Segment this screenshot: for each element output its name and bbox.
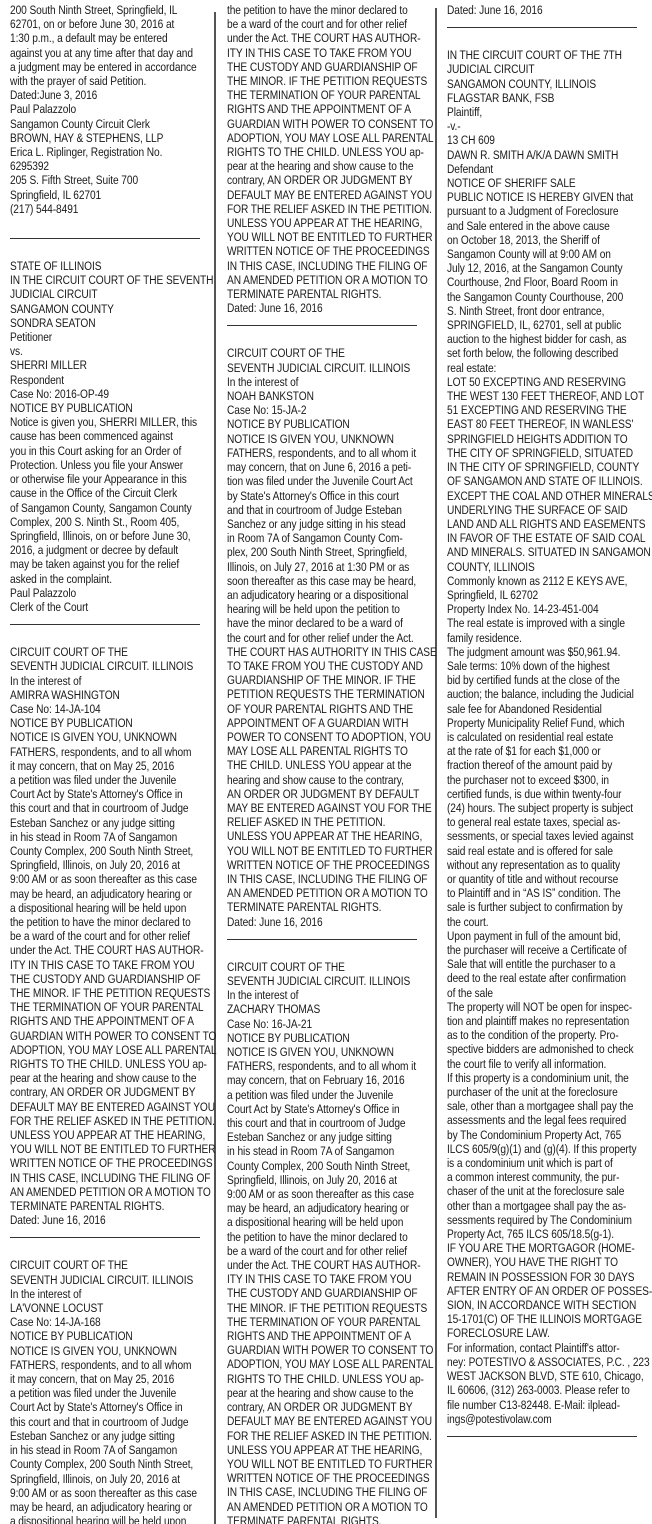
- notice-text-line: 13 CH 609: [447, 133, 648, 147]
- notice-text-line: GUARDIAN WITH POWER TO CONSENT TO: [227, 1343, 428, 1357]
- notice-text-line: SANGAMON COUNTY: [10, 302, 211, 316]
- notice-text-line: In the interest of: [10, 1287, 211, 1301]
- notice-text-line: may be heard, an adjudicatory hearing or: [10, 1500, 211, 1514]
- notice-text-line: the petition to have the minor declared …: [227, 1230, 428, 1244]
- notice-text-line: tion was filed under the Juvenile Court …: [227, 474, 428, 488]
- notice-text-line: Dated:June 3, 2016: [10, 88, 211, 102]
- notice-text-line: by State's Attorney's Office in this cou…: [227, 489, 428, 503]
- notice-text-line: NOTICE BY PUBLICATION: [227, 1031, 428, 1045]
- notice-text-line: PUBLIC NOTICE IS HEREBY GIVEN that: [447, 190, 648, 204]
- notice-text-line: soon thereafter as this case may be hear…: [227, 574, 428, 588]
- notice-text-line: LAND AND ALL RIGHTS AND EASEMENTS: [447, 517, 648, 531]
- notice-text-line: Illinois, on July 27, 2016 at 1:30 PM or…: [227, 560, 428, 574]
- notice-text-line: AN ORDER OR JUDGMENT BY DEFAULT: [227, 787, 428, 801]
- notice-text-line: Springfield, Illinois, on or before June…: [10, 529, 211, 543]
- notice-text-line: asked in the complaint.: [10, 572, 211, 586]
- notice-text-line: Case No: 14-JA-168: [10, 1315, 211, 1329]
- notice-text-line: may be taken against you for the relief: [10, 557, 211, 571]
- notice-text-line: ITY IN THIS CASE TO TAKE FROM YOU: [10, 958, 211, 972]
- notice-text-line: 6295392: [10, 159, 211, 173]
- notice-text-line: YOU WILL NOT BE ENTITLED TO FURTHER: [227, 844, 428, 858]
- notice-text-line: Springfield, Illinois, on July 20, 2016 …: [10, 1472, 211, 1486]
- notice-text-line: you in this Court asking for an Order of: [10, 444, 211, 458]
- notice-text-line: Esteban Sanchez or any judge sitting: [10, 1429, 211, 1443]
- notice-text-line: NOTICE IS GIVEN YOU, UNKNOWN: [227, 432, 428, 446]
- notice-text-line: S. Ninth Street, front door entrance,: [447, 304, 648, 318]
- notice-text-line: SEVENTH JUDICIAL CIRCUIT. ILLINOIS: [227, 974, 428, 988]
- notice-text-line: 15-1701(C) OF THE ILLINOIS MORTGAGE: [447, 1312, 648, 1326]
- notice-text-line: is calculated on residential real estate: [447, 730, 648, 744]
- notice-text-line: 9:00 AM or as soon thereafter as this ca…: [227, 1187, 428, 1201]
- notice-text-line: in his stead in Room 7A of Sangamon: [10, 830, 211, 844]
- notice-text-line: Complex, 200 S. Ninth St., Room 405,: [10, 515, 211, 529]
- notice-text-line: FATHERS, respondents, and to all whom it: [227, 1059, 428, 1073]
- notice-text-line: and Sale entered in the above cause: [447, 219, 648, 233]
- notice-separator: [10, 624, 200, 625]
- notice-text-line: set forth below, the following described: [447, 346, 648, 360]
- notice-text-line: plex, 200 South Ninth Street, Springfiel…: [227, 545, 428, 559]
- notice-text-line: Property Municipality Relief Fund, which: [447, 716, 648, 730]
- notice-text-line: it may concern, that on May 25, 2016: [10, 759, 211, 773]
- notice-text-line: contrary, AN ORDER OR JUDGMENT BY: [10, 1085, 211, 1099]
- notice-text-line: Sangamon County Circuit Clerk: [10, 117, 211, 131]
- notice-text-line: ADOPTION, YOU MAY LOSE ALL PARENTAL: [227, 131, 428, 145]
- notice-text-line: Erica L. Riplinger, Registration No.: [10, 145, 211, 159]
- notice-text-line: the petition to have the minor declared …: [10, 915, 211, 929]
- notice-text-line: REMAIN IN POSSESSION FOR 30 DAYS: [447, 1270, 648, 1284]
- notice-text-line: JUDICIAL CIRCUIT: [10, 287, 211, 301]
- notice-text-line: THE TERMINATION OF YOUR PARENTAL: [227, 88, 428, 102]
- notice-text-line: Court Act by State's Attorney's Office i…: [10, 1400, 211, 1414]
- notice-text-line: THE CITY OF SPRINGFIELD, SITUATED: [447, 446, 648, 460]
- notice-text-line: SPRINGFIELD HEIGHTS ADDITION TO: [447, 432, 648, 446]
- notice-text-line: (217) 544-8491: [10, 202, 211, 216]
- notice-text-line: in his stead in Room 7A of Sangamon: [227, 1144, 428, 1158]
- notice-text-line: an adjudicatory hearing or a disposition…: [227, 588, 428, 602]
- notice-text-line: THE CHILD. UNLESS YOU appear at the: [227, 758, 428, 772]
- notice-text-line: YOU WILL NOT BE ENTITLED TO FURTHER: [10, 1142, 211, 1156]
- notice-text-line: cause has been commenced against: [10, 429, 211, 443]
- notice-text-line: sessments, or special taxes levied again…: [447, 829, 648, 843]
- notice-text-line: this court and that in courtroom of Judg…: [227, 1116, 428, 1130]
- notice-text-line: TERMINATE PARENTAL RIGHTS.: [227, 900, 428, 914]
- notice-text-line: hearing will be held upon the petition t…: [227, 602, 428, 616]
- notice-text-line: Protection. Unless you file your Answer: [10, 458, 211, 472]
- notice-separator: [10, 238, 200, 239]
- notice-text-line: a dispositional hearing will be held upo…: [227, 1215, 428, 1229]
- notice-text-line: TERMINATE PARENTAL RIGHTS.: [227, 287, 428, 301]
- notice-text-line: sale is further subject to confirmation …: [447, 900, 648, 914]
- notice-text-line: GUARDIAN WITH POWER TO CONSENT TO: [10, 1029, 211, 1043]
- notice-text-line: SEVENTH JUDICIAL CIRCUIT. ILLINOIS: [10, 1273, 211, 1287]
- notice-separator: [227, 939, 417, 940]
- notice-text-line: OF SANGAMON AND STATE OF ILLINOIS.: [447, 474, 648, 488]
- notice-text-line: Esteban Sanchez or any judge sitting: [10, 816, 211, 830]
- notice-text-line: by The Condominium Property Act, 765: [447, 1128, 648, 1142]
- notice-text-line: AN AMENDED PETITION OR A MOTION TO: [227, 1500, 428, 1514]
- notice-text-line: 9:00 AM or as soon thereafter as this ca…: [10, 872, 211, 886]
- notice-text-line: ITY IN THIS CASE TO TAKE FROM YOU: [227, 46, 428, 60]
- notice-text-line: If this property is a condominium unit, …: [447, 1071, 648, 1085]
- notice-text-line: or otherwise file your Appearance in thi…: [10, 472, 211, 486]
- notice-text-line: DEFAULT MAY BE ENTERED AGAINST YOU: [227, 188, 428, 202]
- notice-text-line: County Complex, 200 South Ninth Street,: [10, 844, 211, 858]
- notice-text-line: RIGHTS TO THE CHILD. UNLESS YOU ap-: [227, 145, 428, 159]
- notice-text-line: Property Index No. 14-23-451-004: [447, 602, 648, 616]
- notice-text-line: Case No: 14-JA-104: [10, 702, 211, 716]
- notice-text-line: UNLESS YOU APPEAR AT THE HEARING,: [227, 829, 428, 843]
- notice-text-line: Sale terms: 10% down of the highest: [447, 659, 648, 673]
- notice-text-line: CIRCUIT COURT OF THE: [227, 346, 428, 360]
- notice-text-line: Sanchez or any judge sitting in his stea…: [227, 517, 428, 531]
- notice-text-line: real estate:: [447, 361, 648, 375]
- notice-text-line: under the Act. THE COURT HAS AUTHOR-: [227, 31, 428, 45]
- notice-text-line: hearing and show cause to the contrary,: [227, 773, 428, 787]
- notice-text-line: POWER TO CONSENT TO ADOPTION, YOU: [227, 730, 428, 744]
- notice-text-line: MAY BE ENTERED AGAINST YOU FOR THE: [227, 801, 428, 815]
- notice-text-line: DAWN R. SMITH A/K/A DAWN SMITH: [447, 148, 648, 162]
- notice-text-line: UNLESS YOU APPEAR AT THE HEARING,: [10, 1128, 211, 1142]
- notice-text-line: FOR THE RELIEF ASKED IN THE PETITION.: [227, 1429, 428, 1443]
- notice-text-line: the court and for other relief under the…: [227, 631, 428, 645]
- notice-text-line: In the interest of: [227, 988, 428, 1002]
- notice-text-line: TERMINATE PARENTAL RIGHTS.: [227, 1514, 428, 1524]
- notice-text-line: AN AMENDED PETITION OR A MOTION TO: [227, 886, 428, 900]
- notice-text-line: THE COURT HAS AUTHORITY IN THIS CASE: [227, 645, 428, 659]
- notice-text-line: deed to the real estate after confirmati…: [447, 971, 648, 985]
- notice-text-line: contrary, AN ORDER OR JUDGMENT BY: [227, 1400, 428, 1414]
- notice-text-line: WEST JACKSON BLVD, STE 610, Chicago,: [447, 1369, 648, 1383]
- notice-text-line: THE CUSTODY AND GUARDIANSHIP OF: [227, 60, 428, 74]
- notice-text-line: NOTICE IS GIVEN YOU, UNKNOWN: [10, 1344, 211, 1358]
- notice-text-line: Esteban Sanchez or any judge sitting: [227, 1130, 428, 1144]
- notice-text-line: FLAGSTAR BANK, FSB: [447, 91, 648, 105]
- notice-text-line: FOR THE RELIEF ASKED IN THE PETITION.: [227, 202, 428, 216]
- notice-text-line: ney: POTESTIVO & ASSOCIATES, P.C. , 223: [447, 1355, 648, 1369]
- notice-text-line: AN AMENDED PETITION OR A MOTION TO: [10, 1185, 211, 1199]
- notice-text-line: IN THE CIRCUIT COURT OF THE 7TH: [447, 48, 648, 62]
- notice-text-line: the Sangamon County Courthouse, 200: [447, 290, 648, 304]
- notice-text-line: APPOINTMENT OF A GUARDIAN WITH: [227, 716, 428, 730]
- notice-text-line: Court Act by State's Attorney's Office i…: [10, 787, 211, 801]
- notice-text-line: Springfield, IL 62701: [10, 188, 211, 202]
- notice-text-line: DEFAULT MAY BE ENTERED AGAINST YOU: [10, 1100, 211, 1114]
- notice-text-line: SEVENTH JUDICIAL CIRCUIT. ILLINOIS: [10, 659, 211, 673]
- notice-text-line: STATE OF ILLINOIS: [10, 259, 211, 273]
- notice-text-line: THE MINOR. IF THE PETITION REQUESTS: [227, 74, 428, 88]
- notice-text-line: Dated: June 16, 2016: [10, 1213, 211, 1227]
- notice-text-line: THE WEST 130 FEET THEREOF, AND LOT: [447, 389, 648, 403]
- notice-text-line: RIGHTS AND THE APPOINTMENT OF A: [227, 1329, 428, 1343]
- notice-text-line: NOAH BANKSTON: [227, 389, 428, 403]
- notice-text-line: auction; the balance, including the Judi…: [447, 687, 648, 701]
- notice-text-line: Dated: June 16, 2016: [227, 915, 428, 929]
- notice-text-line: NOTICE IS GIVEN YOU, UNKNOWN: [10, 730, 211, 744]
- notice-text-line: a common interest community, the pur-: [447, 1170, 648, 1184]
- notice-text-line: this court and that in courtroom of Judg…: [10, 1415, 211, 1429]
- notice-flagstar-sheriff-sale: IN THE CIRCUIT COURT OF THE 7THJUDICIAL …: [447, 48, 652, 1426]
- notice-text-line: -v.-: [447, 119, 648, 133]
- notice-text-line: a dispositional hearing will be held upo…: [10, 1514, 211, 1524]
- notice-text-line: IN THIS CASE, INCLUDING THE FILING OF: [227, 1485, 428, 1499]
- notice-text-line: Commonly known as 2112 E KEYS AVE,: [447, 574, 648, 588]
- notice-text-line: RIGHTS TO THE CHILD. UNLESS YOU ap-: [10, 1057, 211, 1071]
- notice-text-line: a petition was filed under the Juvenile: [227, 1088, 428, 1102]
- notice-text-line: FATHERS, respondents, and to all whom it: [227, 446, 428, 460]
- notice-text-line: SION, IN ACCORDANCE WITH SECTION: [447, 1298, 648, 1312]
- notice-text-line: pursuant to a Judgment of Foreclosure: [447, 204, 648, 218]
- notice-text-line: ITY IN THIS CASE TO TAKE FROM YOU: [227, 1272, 428, 1286]
- notice-text-line: vs.: [10, 344, 211, 358]
- notice-text-line: sessments required by The Condominium: [447, 1213, 648, 1227]
- notice-text-line: Plaintiff,: [447, 105, 648, 119]
- notice-text-line: assessments and the legal fees required: [447, 1113, 648, 1127]
- notice-text-line: under the Act. THE COURT HAS AUTHOR-: [10, 943, 211, 957]
- notice-zachary-thomas: CIRCUIT COURT OF THESEVENTH JUDICIAL CIR…: [227, 960, 435, 1524]
- notice-text-line: EAST 80 FEET THEREOF, IN WANLESS': [447, 417, 648, 431]
- notice-text-line: file number C13-82448. E-Mail: ilplead-: [447, 1398, 648, 1412]
- notice-text-line: may be heard, an adjudicatory hearing or: [227, 1201, 428, 1215]
- notice-text-line: of the sale: [447, 986, 648, 1000]
- notice-text-line: EXCEPT THE COAL AND OTHER MINERALS: [447, 489, 648, 503]
- notice-text-line: Paul Palazzolo: [10, 586, 211, 600]
- notice-text-line: ZACHARY THOMAS: [227, 1002, 428, 1016]
- notice-dated-tail: Dated: June 16, 2016: [447, 3, 652, 17]
- notice-text-line: THE TERMINATION OF YOUR PARENTAL: [10, 1000, 211, 1014]
- notice-text-line: IF YOU ARE THE MORTGAGOR (HOME-: [447, 1241, 648, 1255]
- notice-text-line: Sale that will entitle the purchaser to …: [447, 957, 648, 971]
- notice-text-line: Paul Palazzolo: [10, 102, 211, 116]
- column-1: 200 South Ninth Street, Springfield, IL6…: [10, 3, 218, 1524]
- notice-text-line: WRITTEN NOTICE OF THE PROCEEDINGS: [10, 1156, 211, 1170]
- notice-text-line: this court and that in courtroom of Judg…: [10, 801, 211, 815]
- notice-text-line: WRITTEN NOTICE OF THE PROCEEDINGS: [227, 244, 428, 258]
- notice-text-line: may concern, that on February 16, 2016: [227, 1073, 428, 1087]
- notice-text-line: NOTICE BY PUBLICATION: [10, 716, 211, 730]
- notice-text-line: Defendant: [447, 162, 648, 176]
- notice-text-line: Springfield, Illinois, on July 20, 2016 …: [10, 858, 211, 872]
- notice-text-line: County Complex, 200 South Ninth Street,: [227, 1159, 428, 1173]
- notice-text-line: 1:30 p.m., a default may be entered: [10, 31, 211, 45]
- notice-text-line: IN FAVOR OF THE ESTATE OF SAID COAL: [447, 531, 648, 545]
- notice-text-line: OWNER), YOU HAVE THE RIGHT TO: [447, 1255, 648, 1269]
- notice-text-line: a judgment may be entered in accordance: [10, 60, 211, 74]
- notice-text-line: The real estate is improved with a singl…: [447, 616, 648, 630]
- notice-text-line: FOR THE RELIEF ASKED IN THE PETITION.: [10, 1114, 211, 1128]
- notice-text-line: Sangamon County will at 9:00 AM on: [447, 247, 648, 261]
- notice-text-line: WRITTEN NOTICE OF THE PROCEEDINGS: [227, 1471, 428, 1485]
- notice-text-line: spective bidders are admonished to check: [447, 1042, 648, 1056]
- notice-text-line: July 12, 2016, at the Sangamon County: [447, 261, 648, 275]
- notice-text-line: as to the condition of the property. Pro…: [447, 1028, 648, 1042]
- notice-text-line: of Sangamon County, Sangamon County: [10, 501, 211, 515]
- notice-text-line: in his stead in Room 7A of Sangamon: [10, 1443, 211, 1457]
- notice-text-line: (24) hours. The subject property is subj…: [447, 801, 648, 815]
- notice-text-line: ILCS 605/9(g)(1) and (g)(4). If this pro…: [447, 1142, 648, 1156]
- notice-text-line: to general real estate taxes, special as…: [447, 815, 648, 829]
- notice-text-line: the purchaser will receive a Certificate…: [447, 943, 648, 957]
- notice-text-line: or quantity of title and without recours…: [447, 872, 648, 886]
- notice-text-line: FATHERS, respondents, and to all whom: [10, 1358, 211, 1372]
- notice-text-line: County Complex, 200 South Ninth Street,: [10, 1457, 211, 1471]
- notice-text-line: against you at any time after that day a…: [10, 46, 211, 60]
- notice-text-line: fraction thereof of the amount paid by: [447, 758, 648, 772]
- notice-text-line: LA'VONNE LOCUST: [10, 1301, 211, 1315]
- notice-petition-tail: the petition to have the minor declared …: [227, 3, 435, 315]
- notice-text-line: CIRCUIT COURT OF THE: [227, 960, 428, 974]
- notice-text-line: ADOPTION, YOU MAY LOSE ALL PARENTAL: [10, 1043, 211, 1057]
- notice-text-line: JUDICIAL CIRCUIT: [447, 62, 648, 76]
- notice-text-line: YOU WILL NOT BE ENTITLED TO FURTHER: [227, 230, 428, 244]
- notice-text-line: YOU WILL NOT BE ENTITLED TO FURTHER: [227, 1457, 428, 1471]
- notice-text-line: to Plaintiff and in “AS IS” condition. T…: [447, 886, 648, 900]
- notice-text-line: FATHERS, respondents, and to all whom: [10, 745, 211, 759]
- notice-text-line: is a condominium unit which is part of: [447, 1156, 648, 1170]
- notice-text-line: Court Act by State's Attorney's Office i…: [227, 1102, 428, 1116]
- notice-text-line: chaser of the unit at the foreclosure sa…: [447, 1184, 648, 1198]
- notice-text-line: sale, other than a mortgagee shall pay t…: [447, 1099, 648, 1113]
- notice-text-line: a petition was filed under the Juvenile: [10, 773, 211, 787]
- notice-text-line: NOTICE BY PUBLICATION: [227, 417, 428, 431]
- notice-text-line: SHERRI MILLER: [10, 358, 211, 372]
- notice-separator: [227, 325, 417, 326]
- notice-text-line: TERMINATE PARENTAL RIGHTS.: [10, 1199, 211, 1213]
- notice-text-line: Clerk of the Court: [10, 600, 211, 614]
- notice-text-line: bid by certified funds at the close of t…: [447, 673, 648, 687]
- notice-text-line: GUARDIANSHIP OF THE MINOR. IF THE: [227, 673, 428, 687]
- notice-text-line: said real estate and is offered for sale: [447, 844, 648, 858]
- notice-text-line: with the prayer of said Petition.: [10, 74, 211, 88]
- notice-text-line: family residence.: [447, 631, 648, 645]
- notice-text-line: THE MINOR. IF THE PETITION REQUESTS: [10, 986, 211, 1000]
- notice-text-line: RIGHTS AND THE APPOINTMENT OF A: [227, 102, 428, 116]
- notice-text-line: FORECLOSURE LAW.: [447, 1326, 648, 1340]
- notice-text-line: In the interest of: [10, 674, 211, 688]
- notice-text-line: Case No: 16-JA-21: [227, 1017, 428, 1031]
- notice-text-line: 62701, on or before June 30, 2016 at: [10, 17, 211, 31]
- notice-text-line: THE CUSTODY AND GUARDIANSHIP OF: [10, 972, 211, 986]
- notice-text-line: UNLESS YOU APPEAR AT THE HEARING,: [227, 1443, 428, 1457]
- notice-text-line: may be heard, an adjudicatory hearing or: [10, 887, 211, 901]
- notice-text-line: and that in courtroom of Judge Esteban: [227, 503, 428, 517]
- notice-lavonne-locust: CIRCUIT COURT OF THESEVENTH JUDICIAL CIR…: [10, 1258, 218, 1524]
- notice-text-line: GUARDIAN WITH POWER TO CONSENT TO: [227, 117, 428, 131]
- notice-text-line: THE TERMINATION OF YOUR PARENTAL: [227, 1315, 428, 1329]
- notice-text-line: The judgment amount was $50,961.94.: [447, 645, 648, 659]
- notice-text-line: Case No: 2016-OP-49: [10, 387, 211, 401]
- notice-text-line: IN THIS CASE, INCLUDING THE FILING OF: [227, 872, 428, 886]
- notice-text-line: ings@potestivolaw.com: [447, 1412, 648, 1426]
- notice-text-line: WRITTEN NOTICE OF THE PROCEEDINGS: [227, 858, 428, 872]
- notice-text-line: 2016, a judgment or decree by default: [10, 543, 211, 557]
- notice-text-line: UNLESS YOU APPEAR AT THE HEARING,: [227, 216, 428, 230]
- notice-text-line: at the rate of $1 for each $1,000 or: [447, 744, 648, 758]
- notice-text-line: NOTICE BY PUBLICATION: [10, 401, 211, 415]
- notice-text-line: IN THE CIRCUIT COURT OF THE SEVENTH: [10, 273, 211, 287]
- column-3: Dated: June 16, 2016 IN THE CIRCUIT COUR…: [447, 3, 652, 1437]
- notice-text-line: IN THE CITY OF SPRINGFIELD, COUNTY: [447, 460, 648, 474]
- notice-text-line: NOTICE BY PUBLICATION: [10, 1329, 211, 1343]
- notice-text-line: The property will NOT be open for inspec…: [447, 1000, 648, 1014]
- notice-text-line: UNDERLYING THE SURFACE OF SAID: [447, 503, 648, 517]
- notice-text-line: THE MINOR. IF THE PETITION REQUESTS: [227, 1301, 428, 1315]
- notice-text-line: on October 18, 2013, the Sheriff of: [447, 233, 648, 247]
- notice-text-line: Dated: June 16, 2016: [227, 301, 428, 315]
- notice-text-line: contrary, AN ORDER OR JUDGMENT BY: [227, 173, 428, 187]
- notice-separator: [10, 1237, 200, 1238]
- notice-text-line: TO TAKE FROM YOU THE CUSTODY AND: [227, 659, 428, 673]
- notice-text-line: PETITION REQUESTS THE TERMINATION: [227, 687, 428, 701]
- notice-text-line: DEFAULT MAY BE ENTERED AGAINST YOU: [227, 1414, 428, 1428]
- notice-text-line: pear at the hearing and show cause to th…: [227, 159, 428, 173]
- notice-text-line: ADOPTION, YOU MAY LOSE ALL PARENTAL: [227, 1357, 428, 1371]
- notice-text-line: Respondent: [10, 373, 211, 387]
- notice-text-line: the court file to verify all information…: [447, 1057, 648, 1071]
- notice-text-line: IN THIS CASE, INCLUDING THE FILING OF: [10, 1171, 211, 1185]
- notice-text-line: tion and plaintiff makes no representati…: [447, 1014, 648, 1028]
- notice-text-line: Dated: June 16, 2016: [447, 3, 648, 17]
- notice-text-line: under the Act. THE COURT HAS AUTHOR-: [227, 1258, 428, 1272]
- notice-text-line: pear at the hearing and show cause to th…: [227, 1386, 428, 1400]
- notice-separator: [447, 1436, 637, 1437]
- notice-text-line: NOTICE OF SHERIFF SALE: [447, 176, 648, 190]
- notice-seaton-v-miller: STATE OF ILLINOISIN THE CIRCUIT COURT OF…: [10, 259, 218, 614]
- notice-text-line: cause in the Office of the Circuit Clerk: [10, 486, 211, 500]
- notice-text-line: 205 S. Fifth Street, Suite 700: [10, 173, 211, 187]
- notice-text-line: the petition to have the minor declared …: [227, 3, 428, 17]
- column-2: the petition to have the minor declared …: [227, 3, 435, 1524]
- notice-text-line: SEVENTH JUDICIAL CIRCUIT. ILLINOIS: [227, 361, 428, 375]
- notice-text-line: SANGAMON COUNTY, ILLINOIS: [447, 77, 648, 91]
- notice-text-line: LOT 50 EXCEPTING AND RESERVING: [447, 375, 648, 389]
- notice-text-line: Springfield, IL 62702: [447, 588, 648, 602]
- notice-text-line: without any representation as to quality: [447, 858, 648, 872]
- notice-text-line: a dispositional hearing will be held upo…: [10, 901, 211, 915]
- notice-text-line: other than a mortgagee shall pay the as-: [447, 1199, 648, 1213]
- notice-text-line: Property Act, 765 ILCS 605/18.5(g-1).: [447, 1227, 648, 1241]
- notice-text-line: the court.: [447, 915, 648, 929]
- notice-text-line: certified funds, is due within twenty-fo…: [447, 787, 648, 801]
- notice-text-line: pear at the hearing and show cause to th…: [10, 1071, 211, 1085]
- notice-text-line: sale fee for Abandoned Residential: [447, 702, 648, 716]
- notice-text-line: OF YOUR PARENTAL RIGHTS AND THE: [227, 702, 428, 716]
- notice-text-line: AND MINERALS. SITUATED IN SANGAMON: [447, 545, 648, 559]
- notice-text-line: IN THIS CASE, INCLUDING THE FILING OF: [227, 259, 428, 273]
- notice-text-line: be a ward of the court and for other rel…: [227, 1244, 428, 1258]
- notice-text-line: AFTER ENTRY OF AN ORDER OF POSSES-: [447, 1284, 648, 1298]
- notice-text-line: For information, contact Plaintiff's att…: [447, 1341, 648, 1355]
- notice-text-line: a petition was filed under the Juvenile: [10, 1386, 211, 1400]
- notice-text-line: SONDRA SEATON: [10, 316, 211, 330]
- notice-text-line: Upon payment in full of the amount bid,: [447, 929, 648, 943]
- notice-text-line: RIGHTS TO THE CHILD. UNLESS YOU ap-: [227, 1372, 428, 1386]
- notice-amirra-washington: CIRCUIT COURT OF THESEVENTH JUDICIAL CIR…: [10, 645, 218, 1227]
- notice-text-line: 51 EXCEPTING AND RESERVING THE: [447, 403, 648, 417]
- notice-text-line: 9:00 AM or as soon thereafter as this ca…: [10, 1486, 211, 1500]
- notice-text-line: CIRCUIT COURT OF THE: [10, 645, 211, 659]
- notice-text-line: may concern, that on June 6, 2016 a peti…: [227, 460, 428, 474]
- notice-text-line: 200 South Ninth Street, Springfield, IL: [10, 3, 211, 17]
- notice-text-line: SPRINGFIELD, IL, 62701, sell at public: [447, 318, 648, 332]
- notice-text-line: AMIRRA WASHINGTON: [10, 688, 211, 702]
- notice-separator: [447, 27, 637, 28]
- notice-text-line: In the interest of: [227, 375, 428, 389]
- notice-text-line: Courthouse, 2nd Floor, Board Room in: [447, 275, 648, 289]
- notice-text-line: Case No: 15-JA-2: [227, 403, 428, 417]
- notice-text-line: NOTICE IS GIVEN YOU, UNKNOWN: [227, 1045, 428, 1059]
- notice-text-line: be a ward of the court and for other rel…: [227, 17, 428, 31]
- column-divider-right: [435, 8, 437, 1518]
